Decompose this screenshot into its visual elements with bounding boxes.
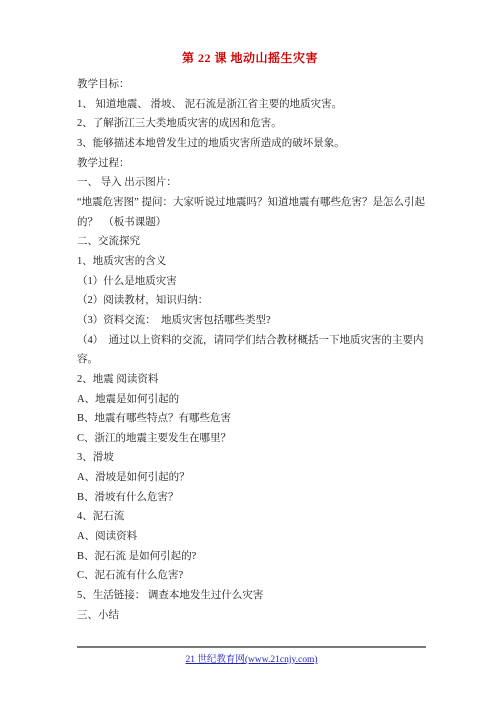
doc-line: 3、滑坡 [77, 448, 430, 468]
document-title: 第 22 课 地动山摇生灾害 [0, 50, 500, 66]
doc-line: B、滑坡有什么危害？ [77, 488, 430, 508]
doc-line: 二、交流探究 [77, 232, 430, 252]
doc-line: A、滑坡是如何引起的？ [77, 468, 430, 488]
document-page: 第 22 课 地动山摇生灾害 教学目标： 1、 知道地震、 滑坡、 泥石流是浙江… [0, 0, 500, 707]
footer-site-link[interactable]: 21 世纪教育网(www.21cnjy.com) [185, 655, 317, 665]
doc-line: 3、能够描述本地曾发生过的地质灾害所造成的破坏景象。 [77, 134, 430, 154]
doc-line: 三、小结 [77, 606, 430, 626]
doc-line: 2、地震 阅读资料 [77, 370, 430, 390]
doc-line: C、浙江的地震主要发生在哪里？ [77, 429, 430, 449]
doc-line: （3）资料交流： 地质灾害包括哪些类型? [77, 311, 430, 331]
doc-line: （1）什么是地质灾害 [77, 272, 430, 292]
doc-line: 2、了解浙江三大类地质灾害的成因和危害。 [77, 114, 430, 134]
doc-line: 教学目标： [77, 75, 430, 95]
doc-line: （2）阅读教材，知识归纳： [77, 291, 430, 311]
page-footer: 21 世纪教育网(www.21cnjy.com) [77, 646, 426, 667]
doc-line: 一、 导入 出示图片： [77, 173, 430, 193]
doc-line: 1、 知道地震、 滑坡、 泥石流是浙江省主要的地质灾害。 [77, 95, 430, 115]
document-body: 教学目标： 1、 知道地震、 滑坡、 泥石流是浙江省主要的地质灾害。 2、了解浙… [0, 75, 500, 625]
doc-line: B、泥石流 是如何引起的? [77, 547, 430, 567]
doc-line: B、地震有哪些特点？有哪些危害 [77, 409, 430, 429]
doc-line: （4） 通过以上资料的交流，请同学们结合教材概括一下地质灾害的主要内容。 [77, 331, 430, 370]
doc-line: 5、生活链接： 调查本地发生过什么灾害 [77, 586, 430, 606]
doc-line: 的？ （板书课题） [77, 213, 430, 233]
doc-line: 4、泥石流 [77, 507, 430, 527]
doc-line: A、阅读资料 [77, 527, 430, 547]
doc-line: “地震危害图” 提问：大家听说过地震吗？知道地震有哪些危害？是怎么引起 [77, 193, 430, 213]
doc-line: A、地震是如何引起的 [77, 390, 430, 410]
footer-divider [77, 646, 426, 648]
footer-link-line: 21 世纪教育网(www.21cnjy.com) [77, 649, 426, 667]
doc-line: 教学过程： [77, 154, 430, 174]
doc-line: C、泥石流有什么危害? [77, 566, 430, 586]
doc-line: 1、地质灾害的含义 [77, 252, 430, 272]
